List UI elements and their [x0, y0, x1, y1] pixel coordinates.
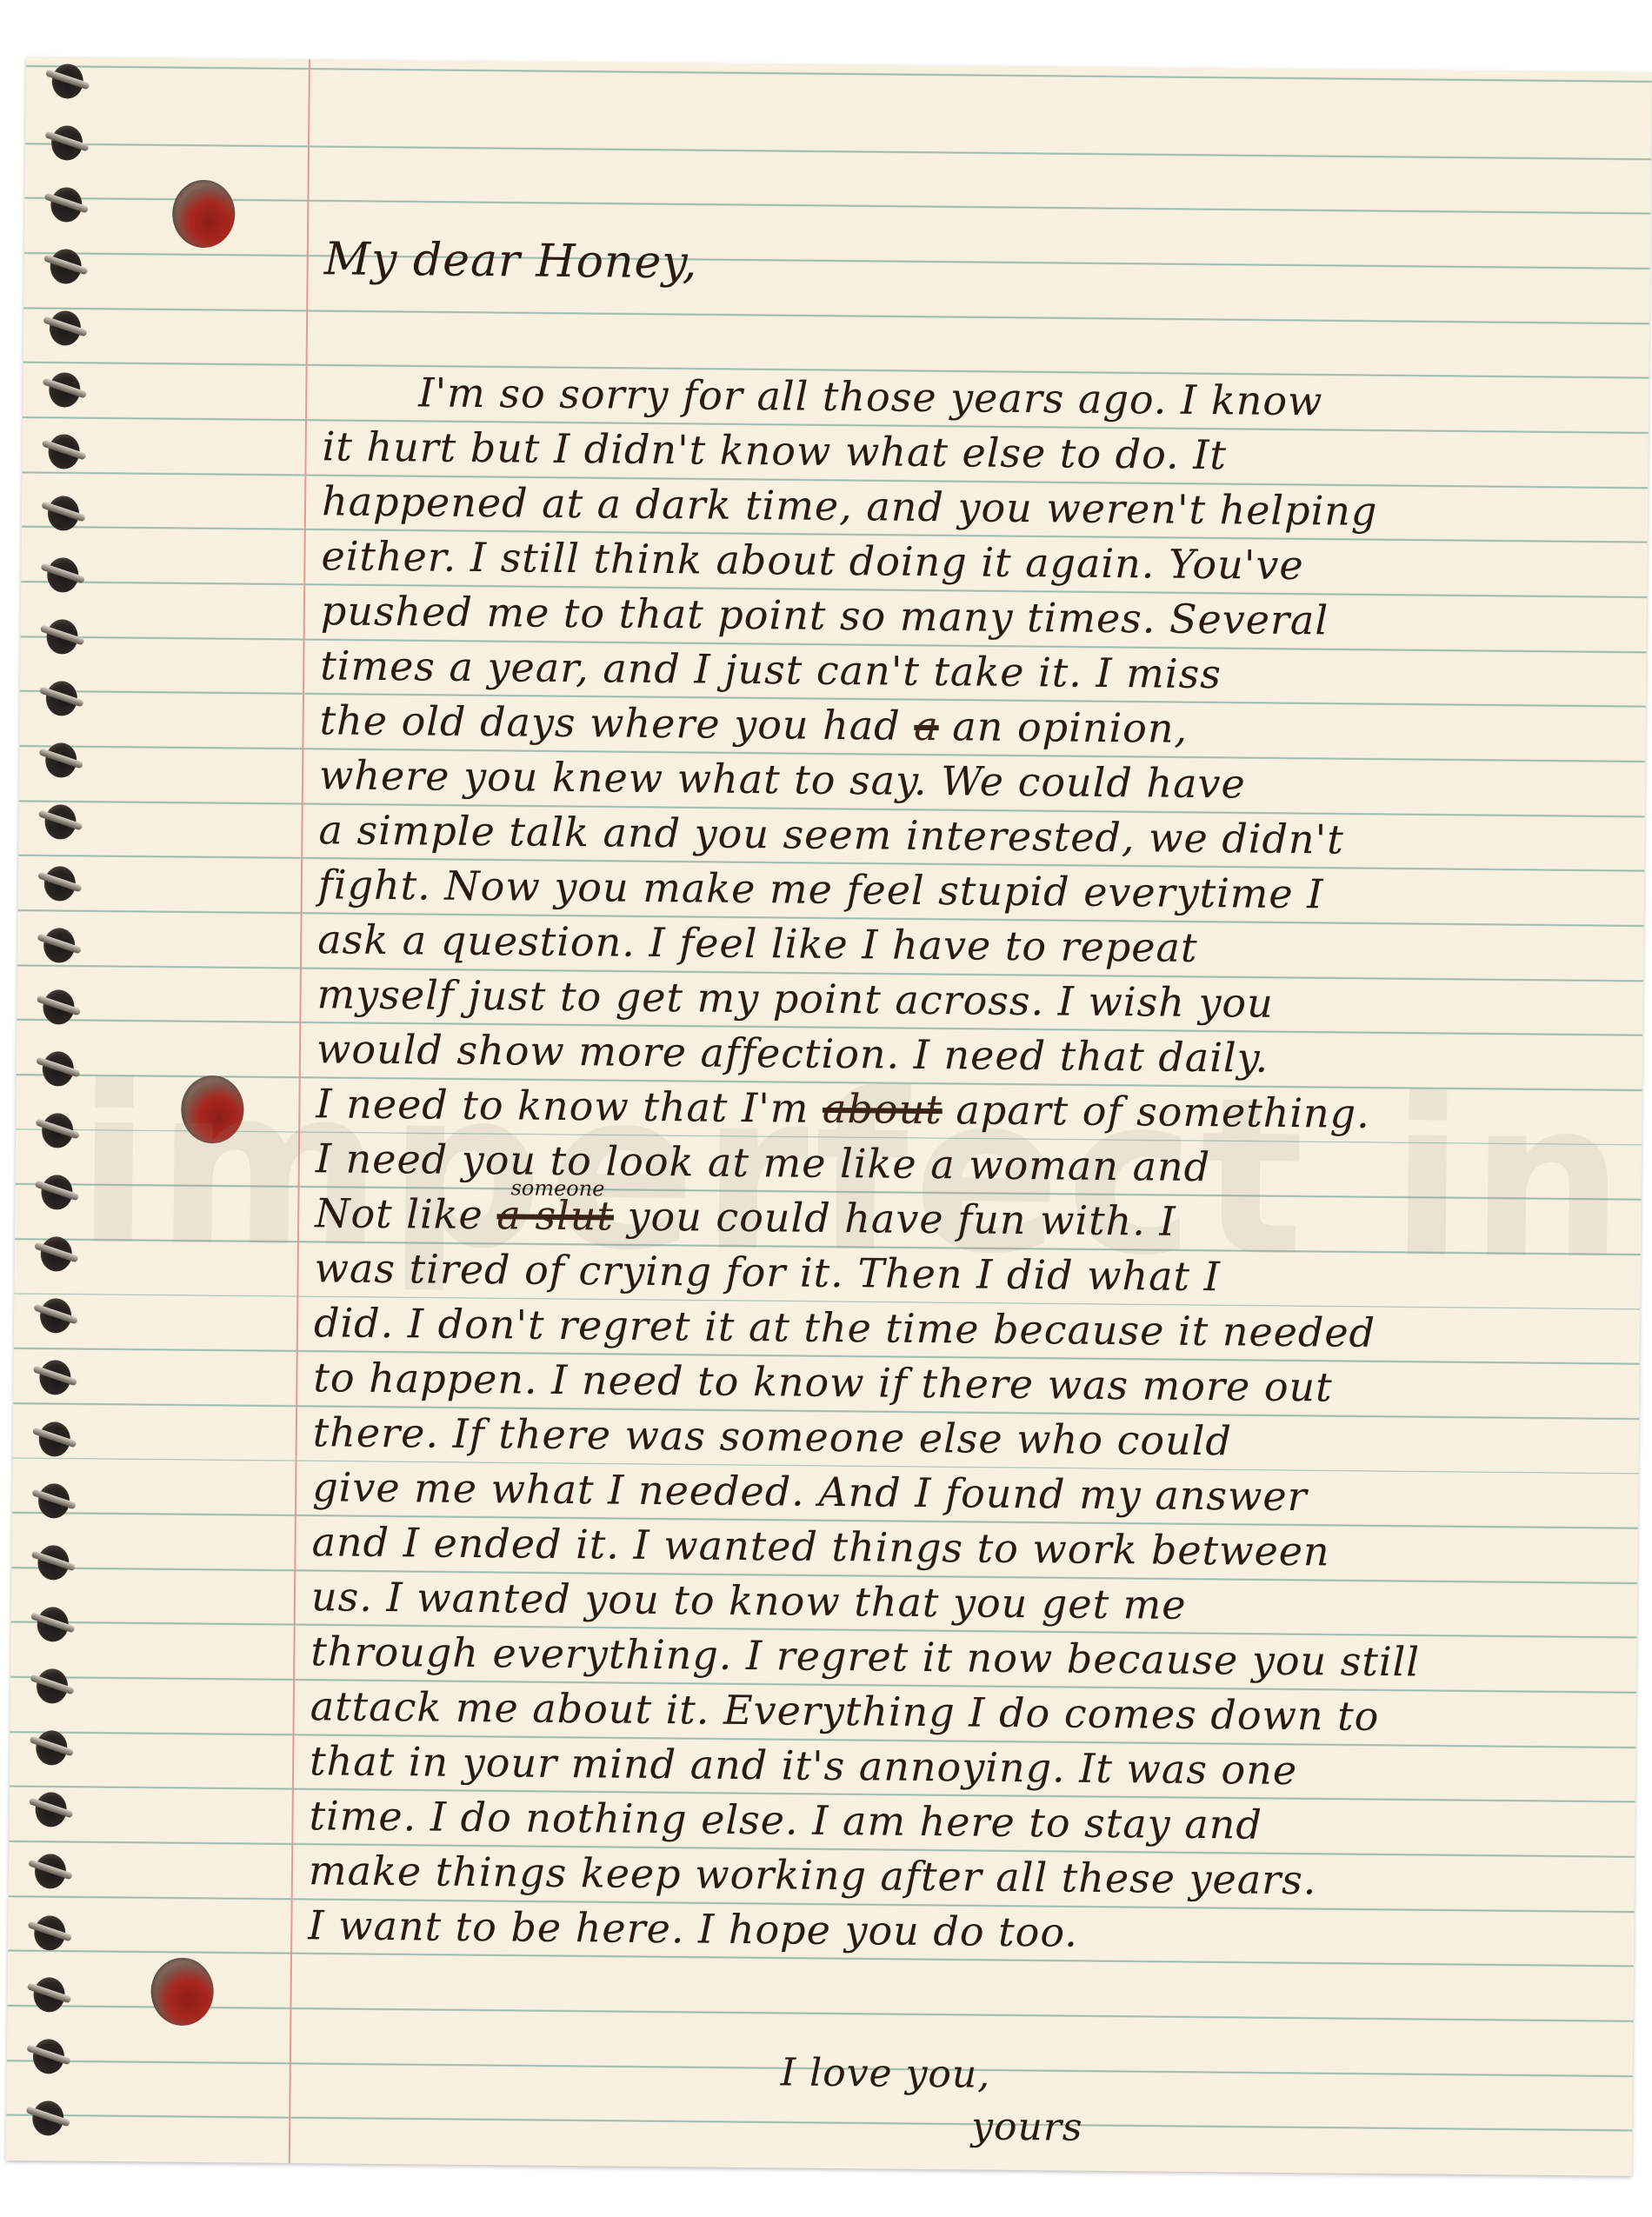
spiral-coil-icon [39, 1360, 70, 1395]
spiral-coil-icon [44, 866, 76, 901]
spiral-coil-icon [43, 989, 74, 1024]
spiral-coil-icon [37, 1545, 69, 1580]
spiral-wire [40, 563, 85, 583]
spiral-coil-icon [44, 804, 76, 839]
letter-line: ask a question. I feel like I have to re… [317, 915, 1198, 971]
spiral-wire [42, 439, 87, 460]
spiral-wire [35, 1180, 80, 1201]
letter-line: pushed me to that point so many times. S… [321, 587, 1329, 643]
letter-line: fight. Now you make me feel stupid every… [318, 861, 1324, 917]
spiral-coil-icon [46, 681, 77, 716]
spiral-wire [37, 871, 83, 892]
segment: the old days where you had [319, 696, 914, 749]
spiral-wire [45, 69, 90, 90]
spiral-coil-icon [49, 372, 80, 407]
spiral-wire [43, 192, 89, 213]
spiral-coil-icon [52, 63, 83, 98]
letter-greeting: My dear Honey, [323, 233, 697, 289]
spiral-wire [25, 2106, 70, 2127]
spiral-wire [37, 995, 82, 1015]
letter-line: was tired of crying for it. Then I did w… [314, 1244, 1221, 1300]
spiral-wire [44, 130, 90, 151]
spiral-coil-icon [47, 557, 78, 592]
spiral-coil-icon [37, 1668, 68, 1703]
letter-line: I need you to look at me like a woman an… [316, 1135, 1211, 1190]
spiral-coil-icon [50, 310, 81, 345]
letter-closing: I love you, [781, 2050, 991, 2096]
letter-line: I'm so sorry for all those years ago. I … [418, 369, 1323, 424]
spiral-coil-icon [51, 125, 83, 160]
spiral-wire [38, 809, 83, 830]
spiral-wire [35, 1118, 80, 1139]
letter-line: the old days where you had a an opinion, [319, 696, 1188, 752]
spiral-wire [33, 1303, 78, 1324]
spiral-wire [30, 1612, 76, 1633]
spiral-coil-icon [35, 1854, 66, 1888]
spiral-wire [41, 501, 86, 522]
letter-line: a simple talk and you seem interested, w… [318, 806, 1344, 862]
spiral-coil-icon [45, 742, 77, 777]
struck-word: a [914, 702, 939, 749]
segment: you could have fun with. I [614, 1193, 1176, 1245]
letter-line: times a year, and I just can't take it. … [320, 642, 1222, 697]
letter-line: give me what I needed. And I found my an… [312, 1463, 1308, 1520]
letter-line: time. I do nothing else. I am here to st… [309, 1792, 1262, 1848]
spiral-coil-icon [35, 1792, 66, 1827]
spiral-wire [40, 624, 85, 645]
spiral-wire [31, 1488, 77, 1509]
letter-line: would show more affection. I need that d… [316, 1025, 1269, 1082]
spiral-wire [33, 1365, 78, 1386]
spiral-coil-icon [33, 2039, 64, 2074]
spiral-coil-icon [39, 1421, 70, 1456]
letter-line: myself just to get my point across. I wi… [316, 970, 1274, 1027]
letter-line: I want to be here. I hope you do too. [308, 1901, 1078, 1955]
letter-line: it hurt but I didn't know what else to d… [322, 423, 1227, 478]
segment: an opinion, [938, 702, 1188, 752]
spiral-coil-icon [40, 1298, 71, 1333]
spiral-wire [29, 1735, 74, 1756]
spiral-wire [37, 933, 82, 954]
spiral-wire [26, 2044, 71, 2065]
segment: I need to know that I'm [316, 1080, 823, 1132]
letter-signature: yours [971, 2105, 1083, 2150]
spiral-wire [29, 1797, 74, 1818]
spiral-coil-icon [48, 496, 79, 530]
spiral-coil-icon [43, 1051, 74, 1086]
spiral-coil-icon [42, 1113, 73, 1148]
punch-hole-bottom-icon [150, 1957, 214, 2026]
spiral-coil-icon [37, 1607, 68, 1641]
spiral-wire [38, 748, 83, 769]
segment: apart of something. [942, 1086, 1370, 1137]
struck-word: about [823, 1085, 943, 1133]
spiral-coil-icon [50, 187, 82, 222]
spiral-coil-icon [38, 1483, 70, 1518]
spiral-wire [32, 1427, 77, 1448]
spiral-coil-icon [32, 2100, 63, 2135]
segment: Not like [315, 1189, 497, 1238]
struck-word: a slut [496, 1191, 614, 1239]
letter-line: that in your mind and it's annoying. It … [310, 1737, 1297, 1794]
letter-line: there. If there was someone else who cou… [313, 1408, 1233, 1464]
spiral-coil-icon [48, 434, 79, 469]
spiral-wire [39, 686, 84, 707]
spiral-coil-icon [43, 928, 75, 962]
spiral-wire [30, 1550, 76, 1571]
spiral-coil-icon [50, 249, 81, 283]
spiral-wire [30, 1674, 75, 1694]
letter-line: to happen. I need to know if there was m… [313, 1354, 1333, 1410]
spiral-wire [34, 1242, 79, 1262]
spiral-wire [36, 1056, 81, 1077]
letter-line: either. I still think about doing it aga… [321, 532, 1304, 589]
punch-hole-middle-icon [181, 1075, 244, 1144]
spiral-wire [42, 377, 87, 398]
spiral-wire [27, 1921, 72, 1941]
punch-hole-top-icon [172, 180, 236, 249]
spiral-coil-icon [46, 619, 77, 654]
spiral-wire [27, 1982, 72, 2003]
spiral-coil-icon [36, 1730, 67, 1765]
spiral-coil-icon [41, 1175, 72, 1209]
letter-line: us. I wanted you to know that you get me [311, 1573, 1187, 1628]
letter-line: and I ended it. I wanted things to work … [311, 1518, 1329, 1575]
letter-line: make things keep working after all these… [309, 1847, 1317, 1903]
spiral-wire [28, 1859, 73, 1880]
spiral-coil-icon [41, 1236, 72, 1271]
notebook-page: imperfect ink My dear Honey, I'm so sorr… [6, 57, 1652, 2176]
spiral-coil-icon [33, 1977, 64, 2012]
letter-line: where you knew what to say. We could hav… [319, 751, 1246, 807]
spiral-wire [43, 254, 89, 275]
spiral-coil-icon [34, 1915, 65, 1950]
letter-line: Not like a slut you could have fun with.… [315, 1189, 1176, 1245]
spiral-wire [43, 316, 88, 336]
